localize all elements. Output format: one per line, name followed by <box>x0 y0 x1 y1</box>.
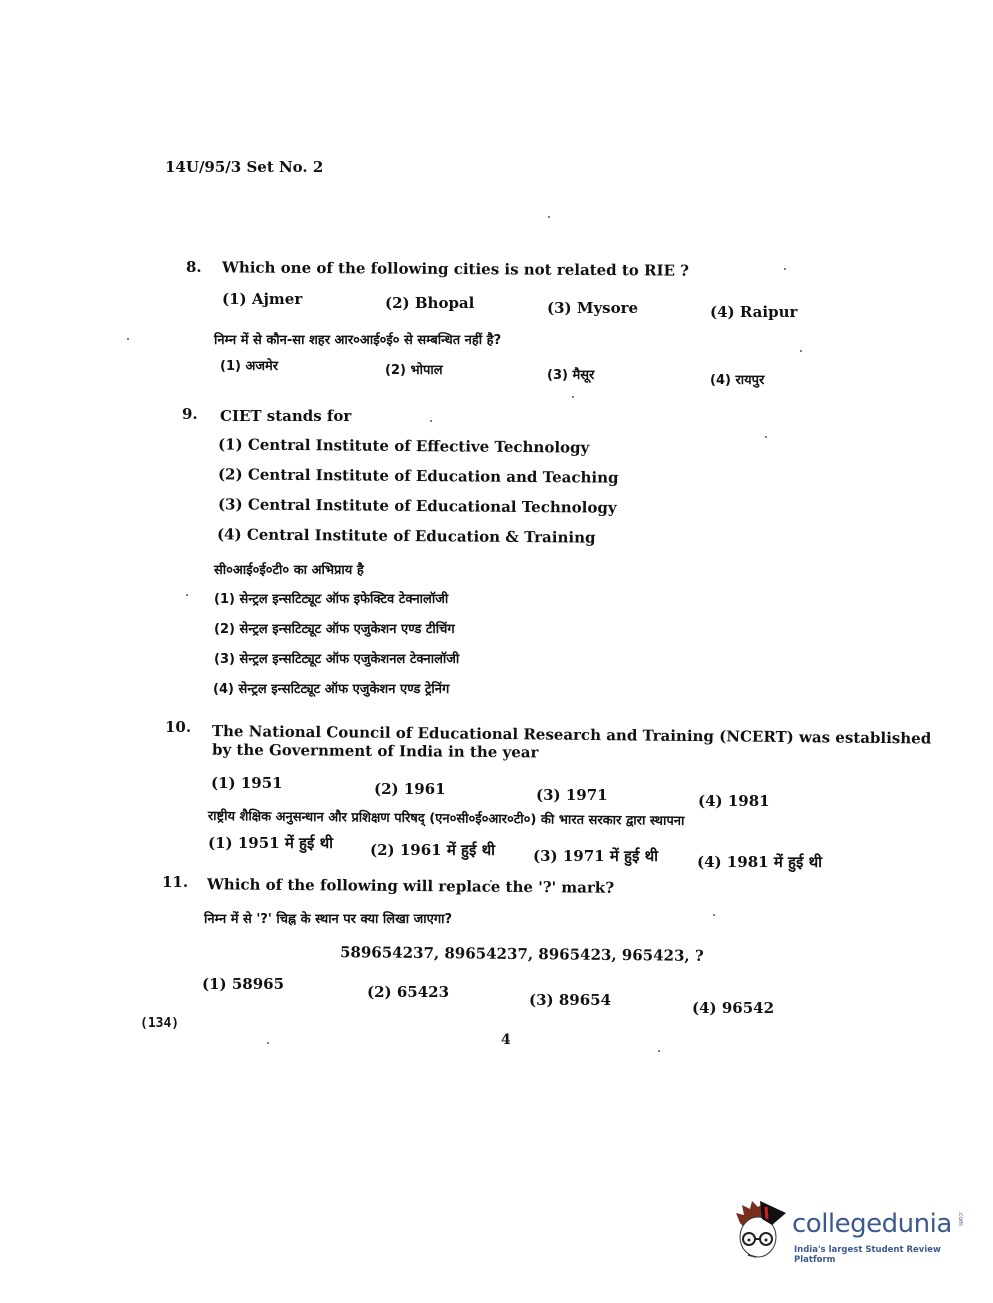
option-1-hi: (1) अजमेर <box>220 356 278 374</box>
option-2-en: (2) Central Institute of Education and T… <box>218 465 619 486</box>
question-text-hi: निम्न में से '?' चिह्न के स्थान पर क्या … <box>204 909 452 927</box>
student-mascot-icon <box>732 1195 792 1267</box>
option-4-en: (4) Raipur <box>710 303 797 321</box>
question-text-hi: निम्न में से कौन-सा शहर आर०आई०ई० से सम्ब… <box>214 330 501 348</box>
option-4-en: (4) 1981 <box>698 792 770 810</box>
option-1-hi: (1) सेन्ट्रल इन्सटिट्यूट ऑफ इफेक्टिव टेक… <box>214 589 448 607</box>
option-3-hi: (3) 1971 में हुई थी <box>533 846 658 866</box>
option-3-en: (3) 89654 <box>529 991 611 1009</box>
brand-tagline: India's largest Student Review Platform <box>794 1245 967 1265</box>
option-4-hi: (4) रायपुर <box>710 370 764 388</box>
option-1-en: (1) Central Institute of Effective Techn… <box>218 435 589 456</box>
option-3-hi: (3) सेन्ट्रल इन्सटिट्यूट ऑफ एजुकेशनल टेक… <box>214 649 459 667</box>
option-2-en: (2) 65423 <box>367 983 449 1001</box>
option-2-en: (2) Bhopal <box>385 294 474 312</box>
question-number: 9. <box>182 405 198 423</box>
option-2-en: (2) 1961 <box>374 780 446 798</box>
question-text-en: Which one of the following cities is not… <box>222 258 689 279</box>
option-3-en: (3) 1971 <box>536 786 608 804</box>
option-1-en: (1) 1951 <box>211 774 283 792</box>
option-4-en: (4) Central Institute of Education & Tra… <box>217 525 596 546</box>
option-4-hi: (4) 1981 में हुई थी <box>697 852 822 872</box>
question-number: 11. <box>162 873 188 891</box>
question-text-en: CIET stands for <box>220 407 351 425</box>
option-3-en: (3) Central Institute of Educational Tec… <box>218 495 617 516</box>
question-text-en-line-2: by the Government of India in the year <box>212 741 539 762</box>
question-text-hi: सी०आई०ई०टी० का अभिप्राय है <box>214 560 364 578</box>
option-3-en: (3) Mysore <box>547 299 638 317</box>
option-2-hi: (2) भोपाल <box>385 360 443 378</box>
question-text-hi: राष्ट्रीय शैक्षिक अनुसन्धान और प्रशिक्षण… <box>208 806 685 829</box>
option-1-en: (1) 58965 <box>202 975 284 993</box>
paper-code-header: 14U/95/3 Set No. 2 <box>165 158 323 176</box>
brand-name: collegedunia <box>792 1209 952 1239</box>
collegedunia-logo: collegedunia .com India's largest Studen… <box>732 1195 967 1270</box>
page-number: 4 <box>501 1032 511 1048</box>
question-number: 10. <box>165 718 191 736</box>
option-1-hi: (1) 1951 में हुई थी <box>208 833 333 853</box>
option-1-en: (1) Ajmer <box>222 290 302 308</box>
question-number: 8. <box>186 258 202 276</box>
option-4-hi: (4) सेन्ट्रल इन्सटिट्यूट ऑफ एजुकेशन एण्ड… <box>213 679 449 697</box>
footer-code: (134) <box>140 1016 179 1031</box>
number-sequence: 589654237, 89654237, 8965423, 965423, ? <box>340 943 704 965</box>
brand-domain: .com <box>957 1211 964 1226</box>
option-2-hi: (2) सेन्ट्रल इन्सटिट्यूट ऑफ एजुकेशन एण्ड… <box>214 619 455 637</box>
question-text-en: Which of the following will replace the … <box>207 875 614 897</box>
option-3-hi: (3) मैसूर <box>547 365 594 383</box>
option-2-hi: (2) 1961 में हुई थी <box>370 840 495 860</box>
option-4-en: (4) 96542 <box>692 999 774 1017</box>
